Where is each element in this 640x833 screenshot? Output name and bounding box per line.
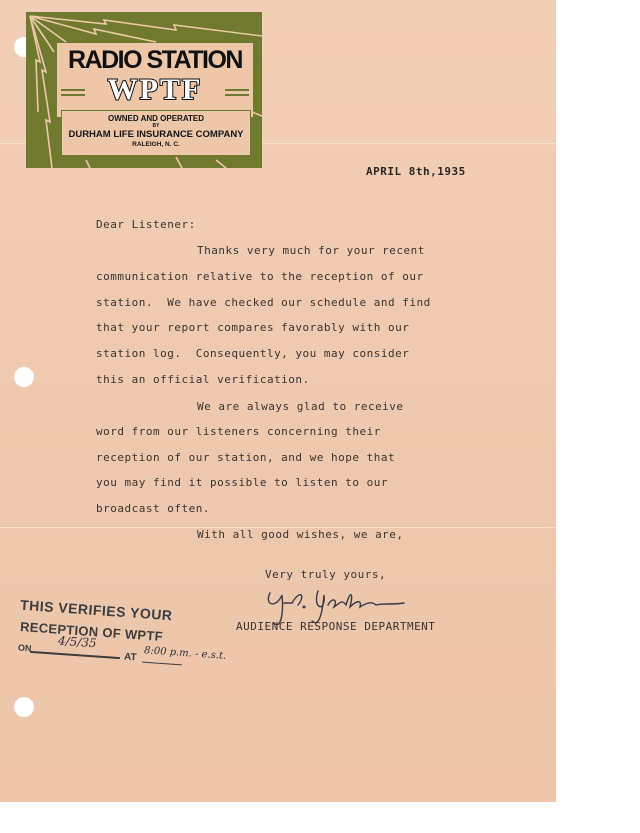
owned-line: OWNED AND OPERATED [62,114,250,123]
body-line: word from our listeners concerning their [96,425,381,438]
stamp-on-value: 4/5/35 [58,634,98,651]
decorative-bar [61,89,85,91]
letterhead: RADIO STATION WPTF OWNED AND OPERATED BY… [26,12,262,168]
body-line: We are always glad to receive [197,400,404,413]
decorative-bar [61,94,85,96]
letterhead-title: RADIO STATION [57,45,253,75]
punch-hole [14,367,34,387]
body-line: broadcast often. [96,502,210,515]
letterhead-info-box: OWNED AND OPERATED BY DURHAM LIFE INSURA… [61,110,251,156]
stamp-at-value: 8:00 p.m. - e.s.t. [144,645,227,662]
department: AUDIENCE RESPONSE DEPARTMENT [236,620,435,633]
company-name: DURHAM LIFE INSURANCE COMPANY [62,129,250,141]
letter-date: APRIL 8th,1935 [366,165,466,178]
letter-page: RADIO STATION WPTF OWNED AND OPERATED BY… [0,0,556,802]
punch-hole [14,697,34,717]
body-line: station. We have checked our schedule an… [96,296,431,309]
stamp-on-underline [30,651,120,659]
body-line: With all good wishes, we are, [197,528,404,541]
signature-icon [262,585,412,625]
salutation: Dear Listener: [96,218,196,231]
body-line: station log. Consequently, you may consi… [96,347,409,360]
body-line: that your report compares favorably with… [96,321,409,334]
body-line: this an official verification. [96,373,310,386]
body-line: reception of our station, and we hope th… [96,451,395,464]
stamp-at-label: AT [124,652,137,664]
body-line: you may find it possible to listen to ou… [96,476,388,489]
call-sign: WPTF [57,74,253,106]
body-line: communication relative to the reception … [96,270,424,283]
stamp-at-underline [142,662,182,666]
closing: Very truly yours, [265,568,386,581]
body-line: Thanks very much for your recent [197,244,425,257]
letterhead-title-box: RADIO STATION WPTF [57,43,253,117]
stamp-line1: THIS VERIFIES YOUR [20,597,173,624]
company-location: RALEIGH, N. C. [62,141,250,149]
decorative-bar [225,89,249,91]
decorative-bar [225,94,249,96]
